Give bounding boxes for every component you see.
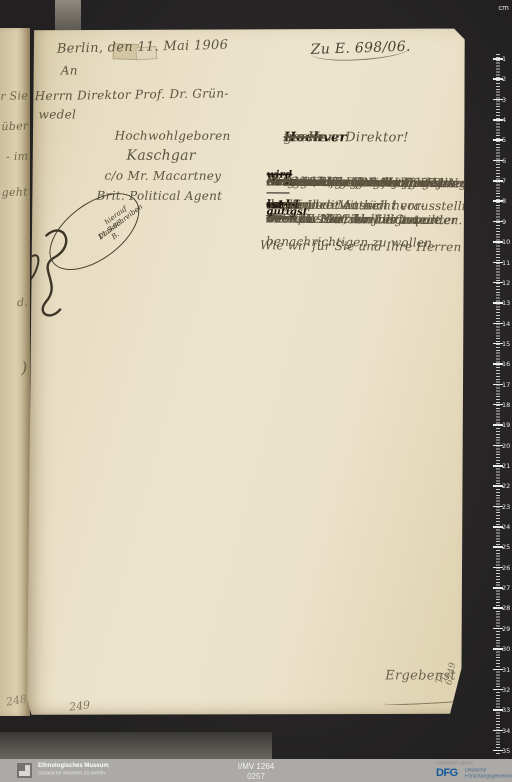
paragraph-2: Der von Herrn v. Le Coq unterdem 15. Mär… bbox=[266, 208, 478, 233]
ruler-number: 27 bbox=[502, 584, 512, 592]
ruler-number: 6 bbox=[502, 157, 512, 165]
text-segment: Wie wir für Sie und Ihre Herren bbox=[260, 235, 462, 258]
dfg-logo: DFG bbox=[436, 767, 458, 779]
letter-body: Ihr Gesuch vom 24. Jan. d. J.ist hier ei… bbox=[266, 171, 479, 237]
correction-segment: gütigst bbox=[266, 206, 307, 217]
handwriting-fragment: - im bbox=[5, 150, 28, 164]
ruler-number: 3 bbox=[502, 96, 512, 104]
ruler-number: 2 bbox=[502, 75, 512, 83]
address-line: Hochwohlgeboren bbox=[115, 126, 267, 146]
handwriting-fragment: tz geht bbox=[0, 185, 28, 199]
ruler-number: 26 bbox=[502, 564, 512, 572]
ruler-number: 20 bbox=[502, 442, 512, 450]
ruler-number: 22 bbox=[502, 482, 512, 490]
ruler-number: 19 bbox=[502, 421, 512, 429]
ruler-number: 34 bbox=[502, 727, 512, 735]
ruler-number: 35 bbox=[502, 747, 512, 755]
ruler-number: 14 bbox=[502, 320, 512, 328]
ruler-number: 8 bbox=[502, 197, 512, 205]
file-reference: Zu E. 698/06. bbox=[311, 39, 412, 62]
table-surface bbox=[0, 732, 272, 760]
dfg-subtitle-line2: Forschungsgemeinschaft bbox=[465, 774, 512, 779]
ruler-number: 4 bbox=[502, 116, 512, 124]
previous-page-edge: t für Sie ., über - im tz geht d. ) bbox=[0, 28, 30, 716]
ruler-unit-label: cm bbox=[498, 4, 509, 12]
ruler-number: 15 bbox=[502, 340, 512, 348]
letter-page: Berlin, den 11. Mai 1906 Zu E. 698/06. A… bbox=[27, 27, 465, 716]
handwriting-fragment: d. bbox=[17, 296, 29, 309]
handwriting-line: Ich bitte Sie, ihn auch hiervon gütigst bbox=[266, 208, 478, 233]
ruler-number: 5 bbox=[502, 136, 512, 144]
ruler-number: 9 bbox=[502, 218, 512, 226]
pencil-page-number: 249 bbox=[68, 698, 90, 713]
ruler-number: 7 bbox=[502, 177, 512, 185]
dfg-subtitle-line1: Deutsche bbox=[465, 768, 487, 773]
text-segment: ter Herr Direktor! bbox=[284, 130, 409, 145]
ruler-number: 1 bbox=[502, 55, 512, 63]
ruler-number: 10 bbox=[502, 238, 512, 246]
handwriting-line: antragt, wird wenn ein Resultat bbox=[267, 171, 479, 196]
cm-ruler: cm 1234567891011121314151617181920212223… bbox=[480, 0, 512, 760]
date-line: Berlin, den 11. Mai 1906 bbox=[57, 38, 229, 57]
ruler-number: 28 bbox=[502, 604, 512, 612]
funding-label: Gefördert durch bbox=[437, 761, 473, 766]
ruler-number: 18 bbox=[502, 401, 512, 409]
ruler-number: 13 bbox=[502, 299, 512, 307]
address-an: An bbox=[61, 64, 78, 78]
footer-bar: Ethnologisches Museum Staatliche Museen … bbox=[0, 759, 512, 782]
ruler-number: 29 bbox=[502, 625, 512, 633]
handwriting-fragment: t für Sie bbox=[0, 89, 28, 104]
ruler-number: 21 bbox=[502, 462, 512, 470]
address-line: c/o Mr. Macartney bbox=[104, 166, 266, 186]
ruler-number: 16 bbox=[502, 360, 512, 368]
closing-line: Wie wir für Sie und Ihre Herren bbox=[260, 235, 478, 237]
ruler-number: 31 bbox=[502, 666, 512, 674]
recipient-line: wedel bbox=[39, 107, 77, 121]
paragraph-1: Ihr Gesuch vom 24. Jan. d. J.ist hier ei… bbox=[267, 171, 479, 196]
ruler-number: 32 bbox=[502, 686, 512, 694]
ruler-number: 23 bbox=[502, 503, 512, 511]
page-clip bbox=[55, 0, 81, 30]
recipient-line: Herrn Direktor Prof. Dr. Grün- bbox=[35, 86, 229, 103]
correction-segment: wird bbox=[267, 169, 293, 180]
ruler-number: 33 bbox=[502, 706, 512, 714]
ruler-number: 11 bbox=[502, 259, 512, 267]
handwriting-line: Wie wir für Sie und Ihre Herren bbox=[260, 235, 478, 237]
ruler-number: 12 bbox=[502, 279, 512, 287]
ruler-number: 24 bbox=[502, 523, 512, 531]
handwriting-fragment: ) bbox=[21, 358, 28, 377]
ruler-number: 25 bbox=[502, 543, 512, 551]
ruler-number: 17 bbox=[502, 381, 512, 389]
text-segment: wenn ein Resultat bbox=[292, 172, 405, 194]
archival-scan: t für Sie ., über - im tz geht d. ) 248 … bbox=[0, 0, 512, 782]
ruler-number: 30 bbox=[502, 645, 512, 653]
handwriting-fragment: ., über bbox=[0, 119, 28, 133]
address-line: Kaschgar bbox=[127, 146, 267, 166]
